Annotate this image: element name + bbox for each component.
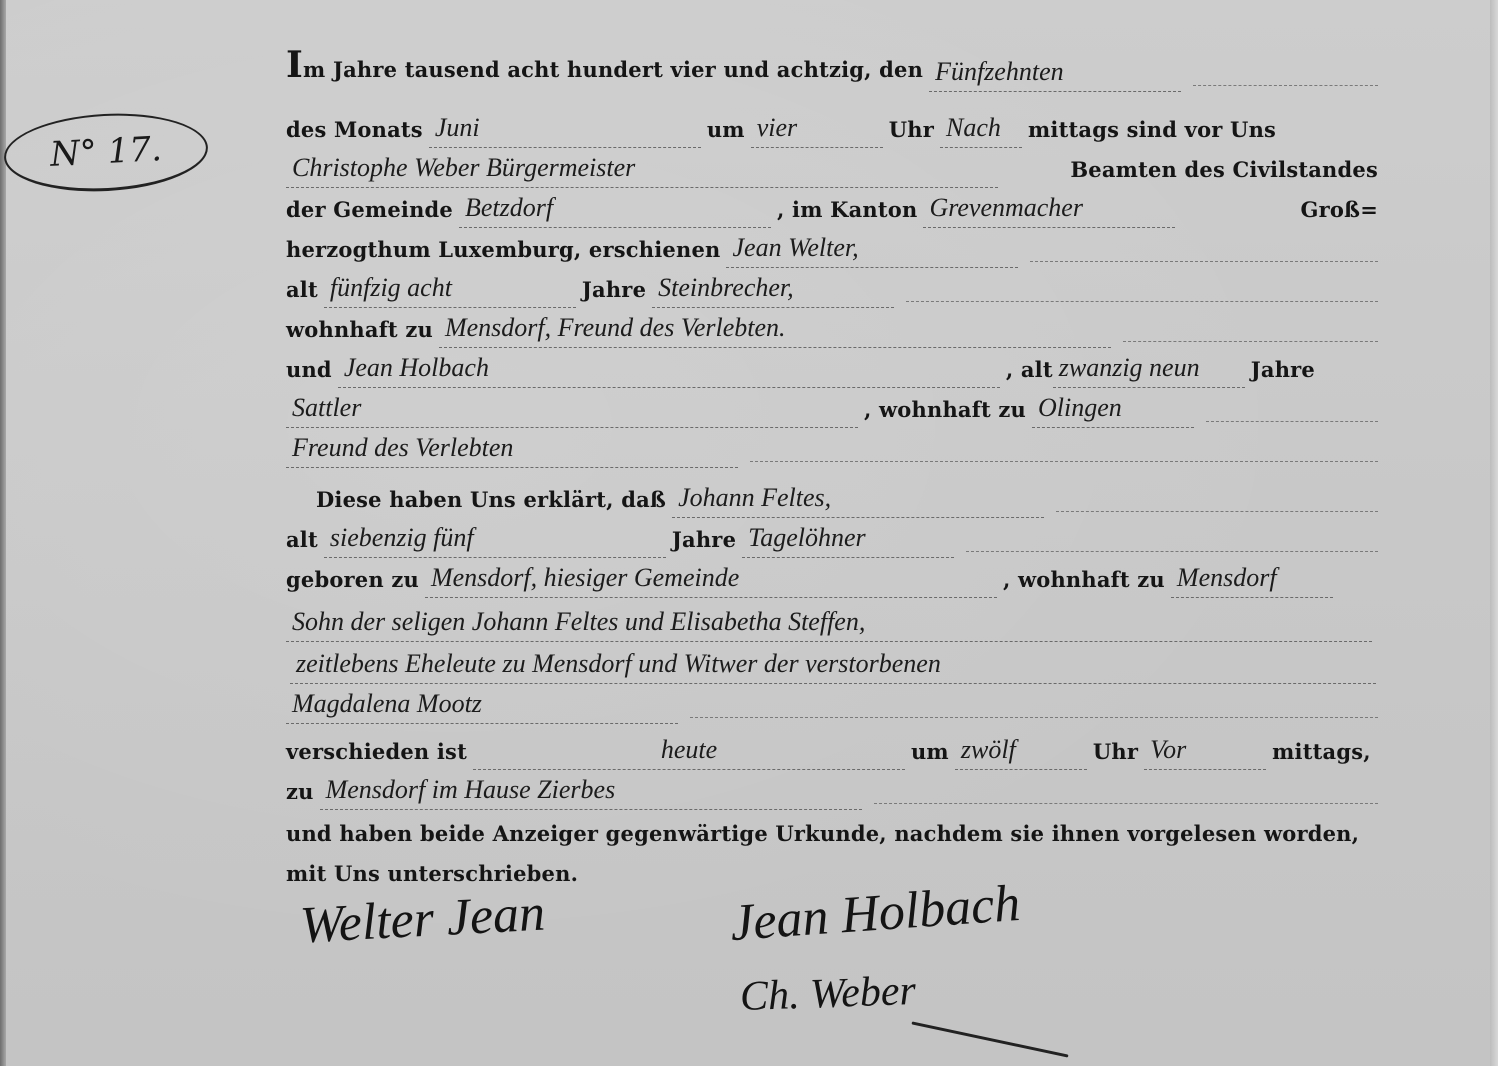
field-death-place: Mensdorf im Hause Zierbes (320, 775, 862, 810)
field-witness2-occupation: Sattler (286, 393, 858, 428)
line-death-place: zu Mensdorf im Hause Zierbes (286, 770, 1378, 810)
field-birthplace: Mensdorf, hiesiger Gemeinde (425, 563, 997, 598)
field-death-before-after: Vor (1144, 735, 1266, 770)
rule (690, 716, 1378, 718)
signatures-area: Welter Jean Jean Holbach Ch. Weber (290, 890, 1190, 1060)
line-death-time: verschieden ist heute um zwölf Uhr Vor m… (286, 730, 1378, 770)
printed-text: und (286, 357, 332, 388)
printed-text: mittags, (1272, 739, 1371, 770)
printed-text: Groß= (1300, 197, 1378, 228)
rule (874, 802, 1378, 804)
printed-text: verschieden ist (286, 739, 467, 770)
line-witness1-residence: wohnhaft zu Mensdorf, Freund des Verlebt… (286, 308, 1378, 348)
printed-text: Beamten des Civilstandes (1070, 157, 1378, 188)
printed-text: , im Kanton (777, 197, 917, 228)
field-officer: Christophe Weber Bürgermeister (286, 153, 998, 188)
line-deceased-birth: geboren zu Mensdorf, hiesiger Gemeinde ,… (286, 558, 1378, 598)
printed-text: zu (286, 779, 314, 810)
field-before-after: Nach (940, 113, 1022, 148)
signature-officer: Ch. Weber (739, 967, 916, 1021)
record-number: N° 17. (49, 129, 163, 175)
rule (750, 460, 1378, 462)
printed-text: alt (286, 527, 318, 558)
line-appeared: herzogthum Luxemburg, erschienen Jean We… (286, 228, 1378, 268)
field-witness1-residence: Mensdorf, Freund des Verlebten. (439, 313, 1111, 348)
field-witness2-relation: Freund des Verlebten (286, 433, 738, 468)
printed-text: der Gemeinde (286, 197, 453, 228)
field-witness2-age: zwanzig neun (1053, 353, 1245, 388)
field-death-hour: zwölf (955, 735, 1087, 770)
printed-text: Diese haben Uns erklärt, daß (316, 487, 666, 518)
printed-text: , wohnhaft zu (864, 397, 1026, 428)
line-closing-1: und haben beide Anzeiger gegenwärtige Ur… (286, 812, 1378, 852)
signature-witness1: Welter Jean (299, 884, 547, 956)
printed-text: Jahre (1251, 357, 1315, 388)
line-officer: Christophe Weber Bürgermeister Beamten d… (286, 148, 1378, 188)
printed-text: mittags sind vor Uns (1028, 117, 1276, 148)
rule (1123, 340, 1378, 342)
printed-text: alt (286, 277, 318, 308)
scanned-document-page: N° 17. Im Jahre tausend acht hundert vie… (0, 0, 1498, 1066)
field-witness2-residence: Olingen (1032, 393, 1194, 428)
printed-text: um (707, 117, 745, 148)
line-deceased-age: alt siebenzig fünf Jahre Tagelöhner (286, 518, 1378, 558)
rule (906, 300, 1378, 302)
line-witness2-occupation: Sattler , wohnhaft zu Olingen (286, 388, 1378, 428)
field-death-day: heute (473, 735, 905, 770)
printed-text: wohnhaft zu (286, 317, 433, 348)
field-month: Juni (429, 113, 701, 148)
rule (1206, 420, 1378, 422)
field-parents: Sohn der seligen Johann Feltes und Elisa… (286, 607, 1372, 642)
line-witness1-age: alt fünfzig acht Jahre Steinbrecher, (286, 268, 1378, 308)
printed-text: des Monats (286, 117, 423, 148)
field-witness1-name: Jean Welter, (726, 233, 1018, 268)
rule (966, 550, 1378, 552)
field-deceased-occupation: Tagelöhner (742, 523, 954, 558)
printed-text: Im Jahre tausend acht hundert vier und a… (286, 44, 923, 92)
field-deceased-name: Johann Feltes, (672, 483, 1044, 518)
printed-text: Uhr (889, 117, 934, 148)
line-witness2-relation: Freund des Verlebten (286, 428, 1378, 468)
line-commune: der Gemeinde Betzdorf , im Kanton Greven… (286, 188, 1378, 228)
line-spouse-info: zeitlebens Eheleute zu Mensdorf und Witw… (290, 644, 1382, 684)
field-spouse-info: zeitlebens Eheleute zu Mensdorf und Witw… (290, 649, 1376, 684)
line-month-time: des Monats Juni um vier Uhr Nach mittags… (286, 108, 1378, 148)
field-commune: Betzdorf (459, 193, 771, 228)
field-deceased-age: siebenzig fünf (324, 523, 666, 558)
rule (1030, 260, 1378, 262)
record-number-oval: N° 17. (2, 109, 210, 197)
field-witness1-occupation: Steinbrecher, (652, 273, 894, 308)
field-witness1-age: fünfzig acht (324, 273, 576, 308)
printed-text: , wohnhaft zu (1003, 567, 1165, 598)
field-hour: vier (751, 113, 883, 148)
page-right-edge (1490, 0, 1498, 1066)
rule (1056, 510, 1378, 512)
line-declared: Diese haben Uns erklärt, daß Johann Felt… (316, 478, 1378, 518)
printed-text: geboren zu (286, 567, 419, 598)
printed-text: herzogthum Luxemburg, erschienen (286, 237, 720, 268)
line-witness2: und Jean Holbach , alt zwanzig neun Jahr… (286, 348, 1378, 388)
printed-text: und haben beide Anzeiger gegenwärtige Ur… (286, 821, 1359, 852)
line-spouse-name: Magdalena Mootz (286, 684, 1378, 724)
field-witness2-name: Jean Holbach (338, 353, 1000, 388)
signature-flourish (911, 1021, 1068, 1057)
printed-text: , alt (1006, 357, 1053, 388)
field-deceased-residence: Mensdorf (1171, 563, 1333, 598)
line-parents: Sohn der seligen Johann Feltes und Elisa… (286, 602, 1378, 642)
field-canton: Grevenmacher (923, 193, 1175, 228)
field-spouse-name: Magdalena Mootz (286, 689, 678, 724)
line-date: Im Jahre tausend acht hundert vier und a… (286, 52, 1378, 92)
printed-text: um (911, 739, 949, 770)
printed-text: Jahre (582, 277, 646, 308)
printed-text: Uhr (1093, 739, 1138, 770)
field-day: Fünfzehnten (929, 57, 1181, 92)
rule (1193, 84, 1378, 86)
printed-text: Jahre (672, 527, 736, 558)
